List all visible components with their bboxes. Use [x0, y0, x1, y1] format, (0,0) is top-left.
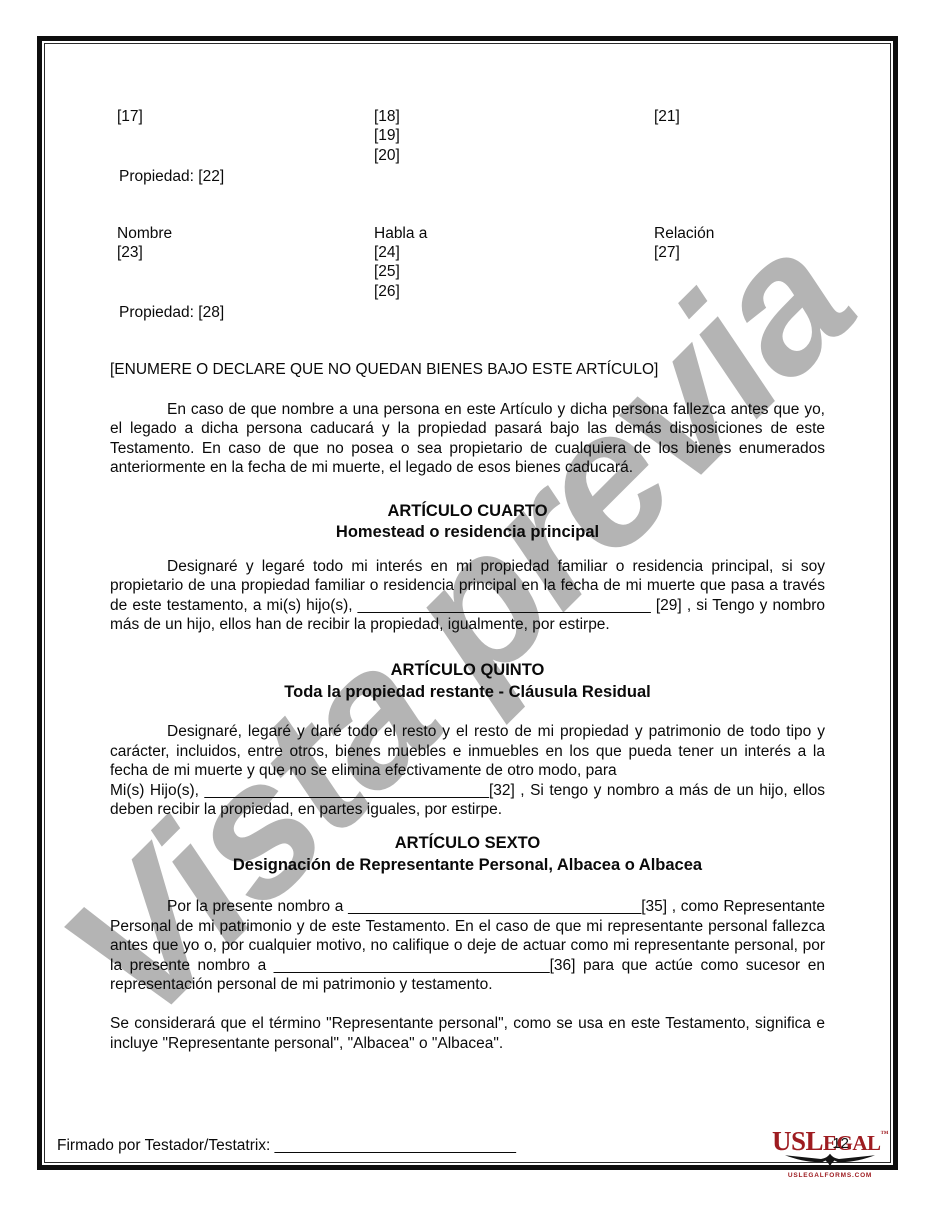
beneficiary-block-2: Nombre Habla a Relación [23] [24] [25] […	[110, 224, 825, 302]
beneficiary1-relation-placeholder: [21]	[654, 107, 825, 165]
trademark-symbol: ™	[881, 1129, 889, 1138]
placeholder-26: [26]	[374, 282, 654, 301]
article5-title: ARTÍCULO QUINTO	[110, 660, 825, 682]
header-nombre: Nombre	[110, 224, 374, 243]
document-frame: Vista previa [17] [18] [19] [20] [21] Pr…	[37, 36, 898, 1170]
property-line-1: Propiedad: [22]	[110, 167, 825, 186]
header-habla-a: Habla a	[374, 224, 654, 243]
beneficiary-block-1: [17] [18] [19] [20] [21]	[110, 107, 825, 165]
property-line-2: Propiedad: [28]	[110, 303, 825, 322]
document-content: [17] [18] [19] [20] [21] Propiedad: [22]…	[42, 41, 893, 1053]
uslegal-logo-usl: USL	[772, 1126, 823, 1156]
article5-body-part2: Mi(s) Hijo(s), _________________________…	[110, 781, 825, 820]
article4-subtitle: Homestead o residencia principal	[110, 522, 825, 544]
uslegal-site-text: USLEGALFORMS.COM	[760, 1173, 900, 1180]
placeholder-19: [19]	[374, 126, 654, 145]
placeholder-24: [24]	[374, 243, 654, 262]
article6-title: ARTÍCULO SEXTO	[110, 833, 825, 855]
uslegal-logo-text: USLEGAL™	[760, 1128, 900, 1155]
testator-signature-line: ____________________________	[275, 1137, 516, 1154]
beneficiary2-headers: Nombre Habla a Relación	[110, 224, 825, 243]
placeholder-18: [18]	[374, 107, 654, 126]
header-relacion: Relación	[654, 224, 825, 243]
article6-definition-paragraph: Se considerará que el término "Represent…	[110, 1014, 825, 1053]
article4-body: Designaré y legaré todo mi interés en mi…	[110, 557, 825, 635]
lapse-clause-paragraph: En caso de que nombre a una persona en e…	[110, 400, 825, 478]
beneficiary1-name-placeholder: [17]	[110, 107, 374, 165]
placeholder-20: [20]	[374, 146, 654, 165]
uslegal-logo: USLEGAL™ USLEGALFORMS.COM	[760, 1128, 900, 1180]
signature-footer: Firmado por Testador/Testatrix: ________…	[57, 1137, 516, 1155]
article6-body-part1: Por la presente nombro a _______________…	[110, 897, 825, 994]
placeholder-25: [25]	[374, 262, 654, 281]
beneficiary2-name-placeholder: [23]	[110, 243, 374, 301]
enumerate-notice: [ENUMERE O DECLARE QUE NO QUEDAN BIENES …	[110, 360, 825, 379]
article5-subtitle: Toda la propiedad restante - Cláusula Re…	[110, 682, 825, 704]
beneficiary2-values: [23] [24] [25] [26] [27]	[110, 243, 825, 301]
document-page: Vista previa [17] [18] [19] [20] [21] Pr…	[0, 0, 935, 1210]
beneficiary2-address-placeholders: [24] [25] [26]	[374, 243, 654, 301]
beneficiary1-address-placeholders: [18] [19] [20]	[374, 107, 654, 165]
article6-subtitle: Designación de Representante Personal, A…	[110, 855, 825, 877]
article5-body-part1: Designaré, legaré y daré todo el resto y…	[110, 722, 825, 780]
signed-by-label: Firmado por Testador/Testatrix:	[57, 1137, 270, 1154]
page-number: 12	[832, 1135, 849, 1152]
article4-title: ARTÍCULO CUARTO	[110, 501, 825, 523]
beneficiary2-relation-placeholder: [27]	[654, 243, 825, 301]
